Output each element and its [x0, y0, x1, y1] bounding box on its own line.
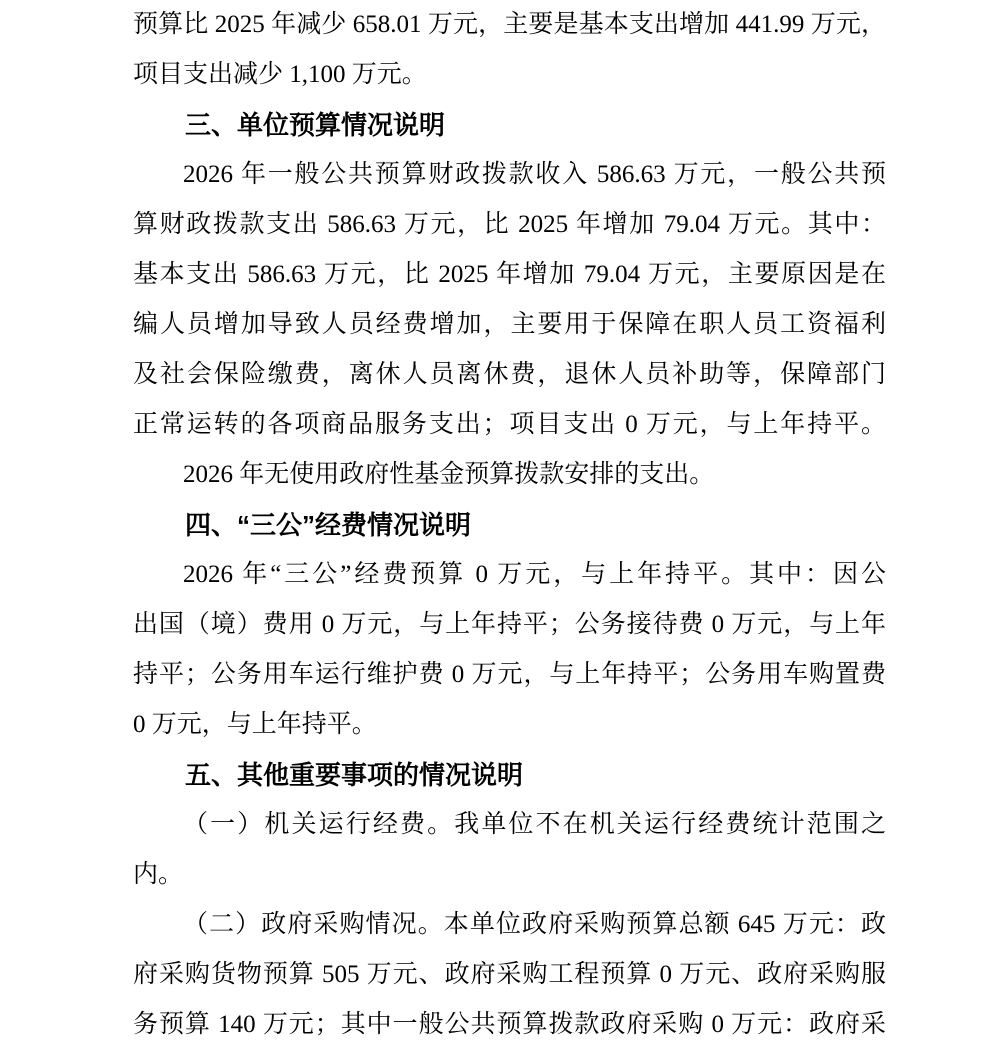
document-lines: 预算比 2025 年减少 658.01 万元，主要是基本支出增加 441.99 … [133, 0, 886, 1050]
section-heading: 四、“三公”经费情况说明 [133, 500, 886, 550]
section-heading: 五、其他重要事项的情况说明 [133, 750, 886, 800]
document-line: 0 万元，与上年持平。 [133, 700, 886, 750]
document-line: 2026 年无使用政府性基金预算拨款安排的支出。 [133, 450, 886, 500]
document-line: 编人员增加导致人员经费增加，主要用于保障在职人员工资福利 [133, 300, 886, 350]
document-page: 预算比 2025 年减少 658.01 万元，主要是基本支出增加 441.99 … [0, 0, 1000, 1053]
document-line: 持平；公务用车运行维护费 0 万元，与上年持平；公务用车购置费 [133, 650, 886, 700]
document-line: 务预算 140 万元；其中一般公共预算拨款政府采购 0 万元：政府采 [133, 1000, 886, 1050]
document-line: 正常运转的各项商品服务支出；项目支出 0 万元，与上年持平。 [133, 400, 886, 450]
document-line: （二）政府采购情况。本单位政府采购预算总额 645 万元：政 [133, 900, 886, 950]
document-line: 出国（境）费用 0 万元，与上年持平；公务接待费 0 万元，与上年 [133, 600, 886, 650]
document-line: 府采购货物预算 505 万元、政府采购工程预算 0 万元、政府采购服 [133, 950, 886, 1000]
document-line: 算财政拨款支出 586.63 万元，比 2025 年增加 79.04 万元。其中… [133, 200, 886, 250]
document-line: 项目支出减少 1,100 万元。 [133, 50, 886, 100]
section-heading: 三、单位预算情况说明 [133, 100, 886, 150]
document-line: 预算比 2025 年减少 658.01 万元，主要是基本支出增加 441.99 … [133, 0, 886, 50]
document-line: 2026 年一般公共预算财政拨款收入 586.63 万元，一般公共预 [133, 150, 886, 200]
document-line: 及社会保险缴费，离休人员离休费，退休人员补助等，保障部门 [133, 350, 886, 400]
document-line: 基本支出 586.63 万元，比 2025 年增加 79.04 万元，主要原因是… [133, 250, 886, 300]
document-line: 2026 年“三公”经费预算 0 万元，与上年持平。其中：因公 [133, 550, 886, 600]
document-line: （一）机关运行经费。我单位不在机关运行经费统计范围之 [133, 800, 886, 850]
document-line: 内。 [133, 850, 886, 900]
